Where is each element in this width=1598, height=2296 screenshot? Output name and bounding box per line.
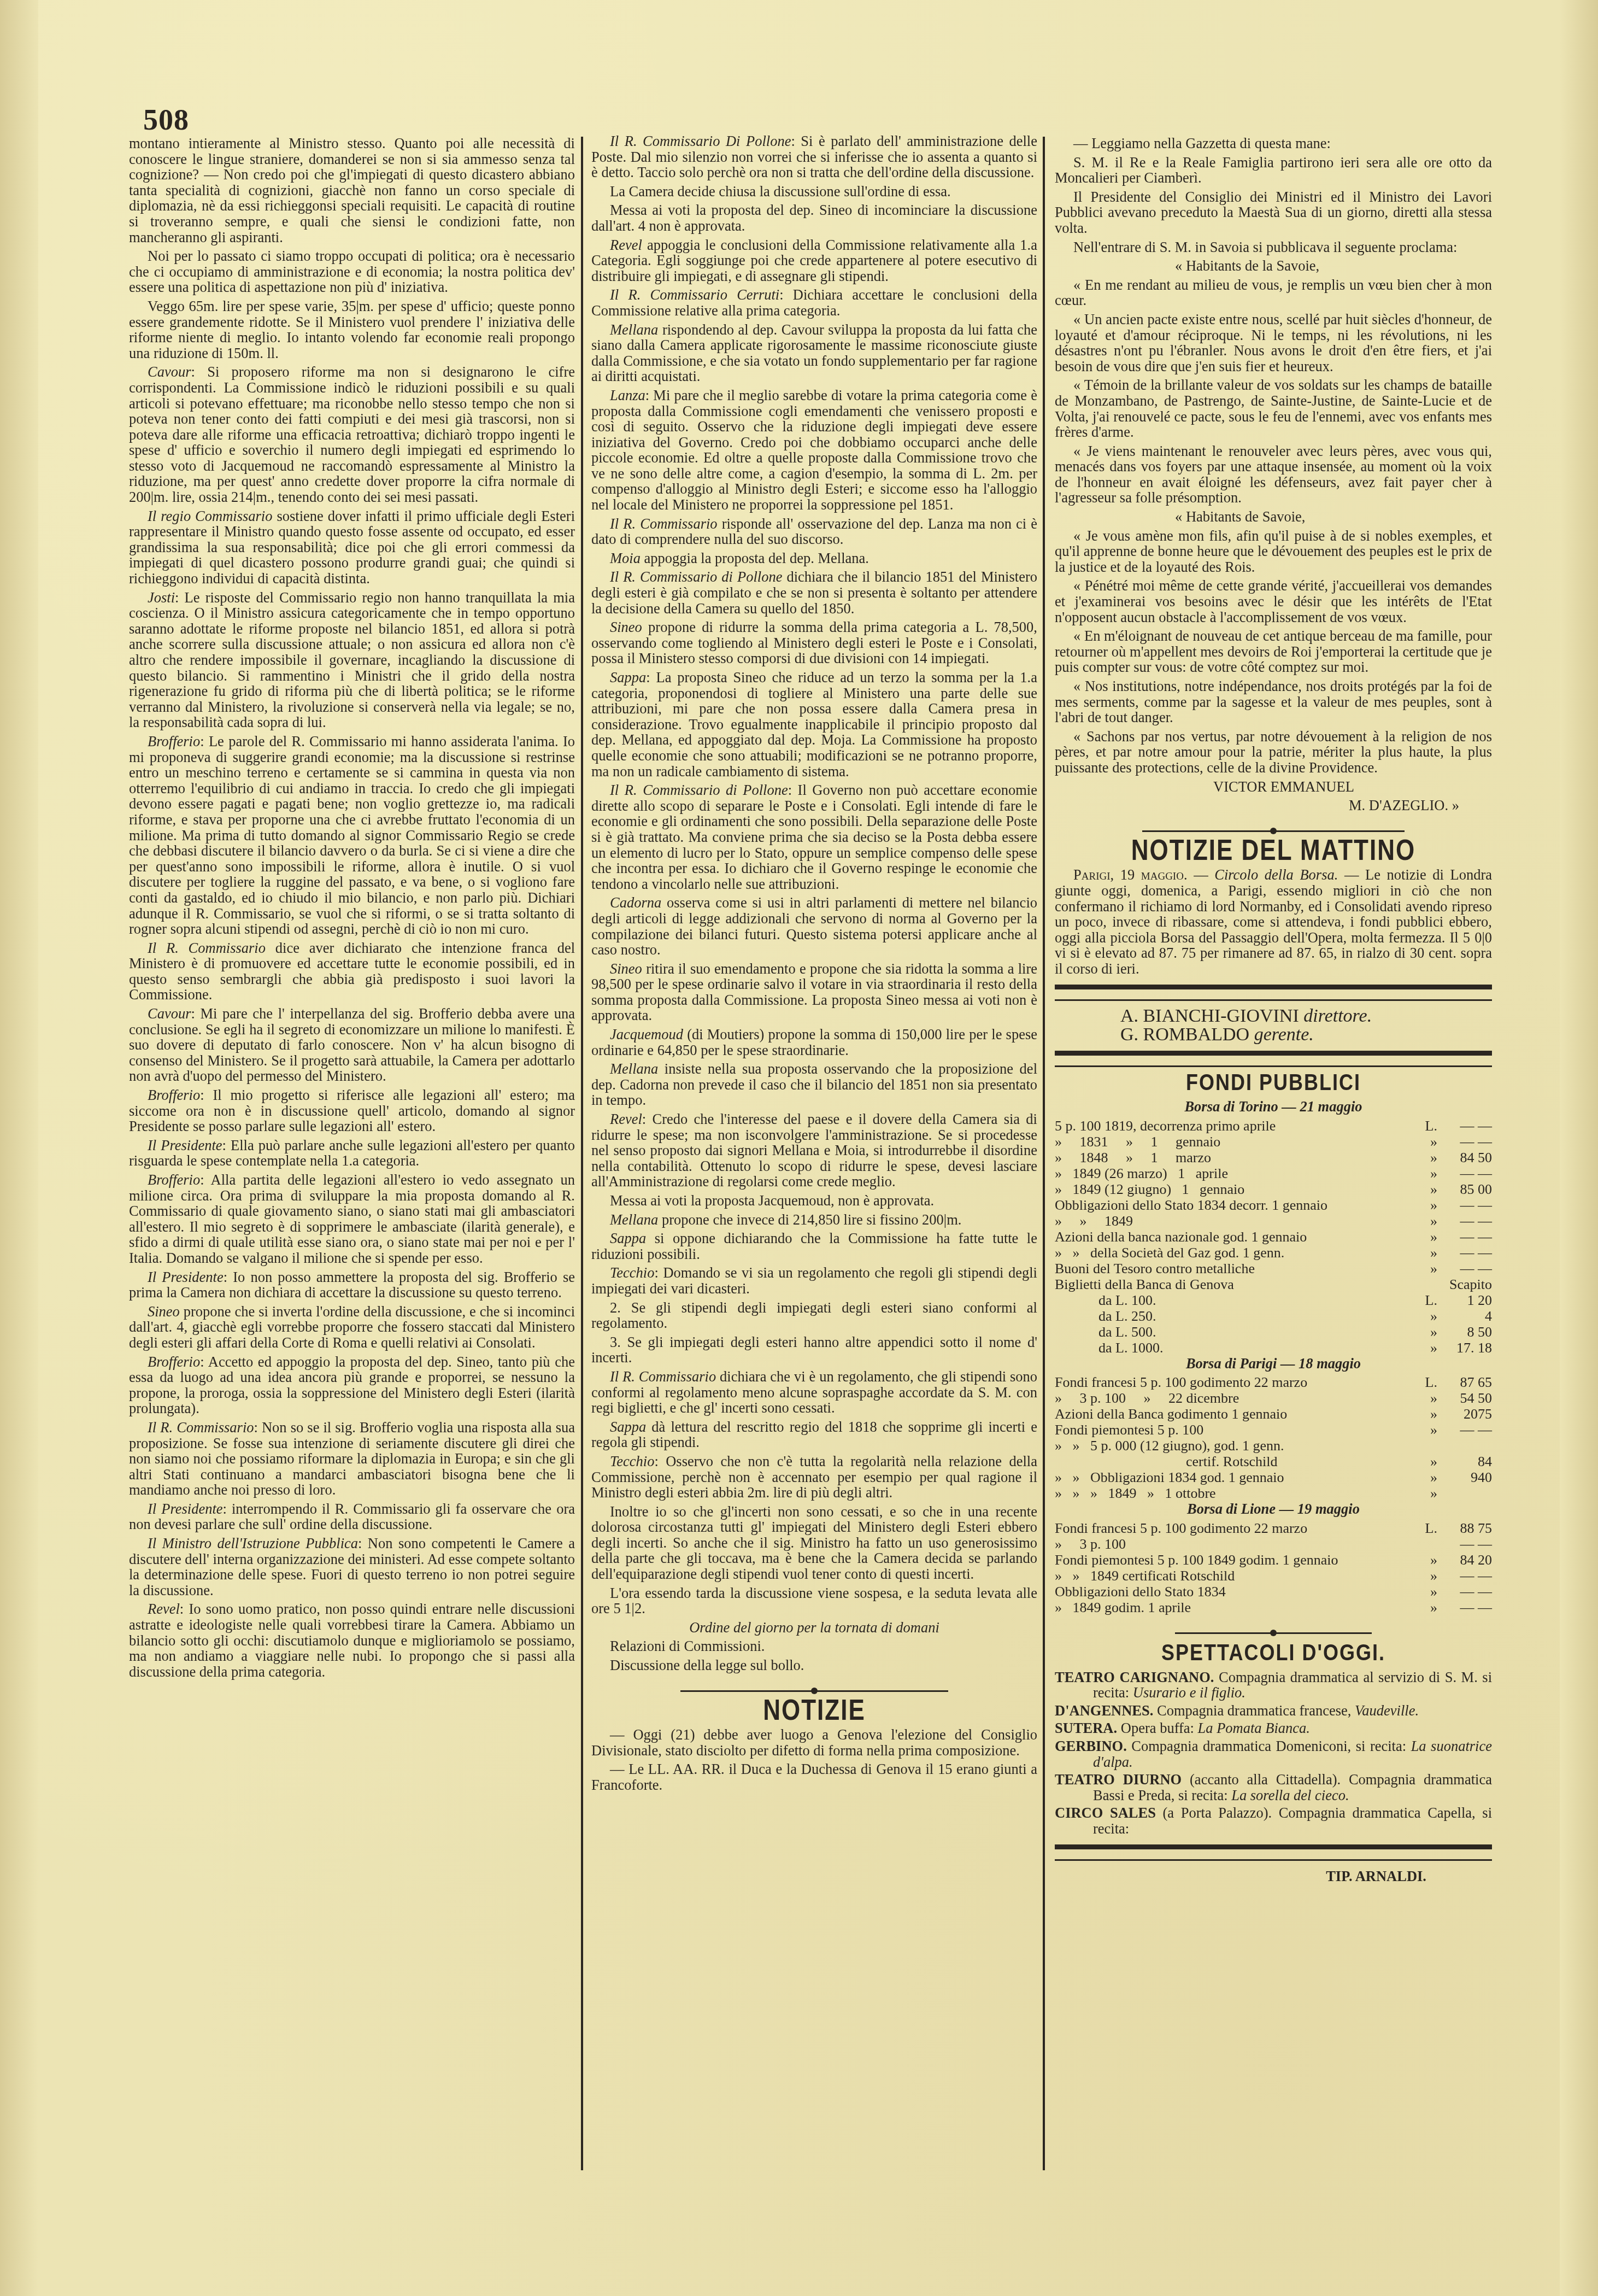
order-of-day-item: Relazioni di Commissioni. — [591, 1638, 1037, 1654]
bourse-currency: » — [1419, 1390, 1437, 1406]
speaker-name: Il Presidente — [148, 1501, 223, 1517]
speaker-name: Il R. Commissario — [148, 1419, 254, 1436]
theatre-work: Usurario e il figlio. — [1133, 1684, 1245, 1701]
paragraph-text: : Si proposero riforme ma non si designa… — [129, 364, 575, 505]
speaker-name: Cadorna — [610, 894, 661, 911]
speaker-name: Lanza — [610, 387, 645, 403]
bourse-label: Fondi francesi 5 p. 100 godimento 22 mar… — [1055, 1520, 1419, 1536]
speaker-name: Cavour — [148, 364, 191, 380]
paragraph-text: : Mi pare che l' interpellanza del sig. … — [129, 1005, 575, 1084]
paragraph-text: : Osservo che non c'è tutta la regolarit… — [591, 1453, 1037, 1501]
bourse-label: Biglietti della Banca di Genova — [1055, 1276, 1419, 1292]
order-of-day-item: Discussione della legge sul bollo. — [591, 1657, 1037, 1673]
theatre-work: La sorella del cieco. — [1231, 1787, 1349, 1803]
notizie-heading: NOTIZIE — [591, 1701, 1037, 1720]
theatre-company: Opera buffa: — [1121, 1720, 1198, 1736]
paper-edge-left — [0, 0, 38, 2296]
bourse-row: Obbligazioni dello Stato 1834»— — — [1055, 1584, 1492, 1600]
debate-paragraph: Il regio Commissario sostiene dover infa… — [129, 508, 575, 587]
borsa-torino-table: 5 p. 100 1819, decorrenza primo aprileL.… — [1055, 1118, 1492, 1356]
bourse-row: da L. 250.»4 — [1055, 1308, 1492, 1324]
bourse-value: — — — [1437, 1118, 1492, 1134]
debate-paragraph: Lanza: Mi pare che il meglio sarebbe di … — [591, 388, 1037, 513]
speaker-name: Il R. Commissario — [148, 940, 266, 956]
bourse-label: 5 p. 100 1819, decorrenza primo aprile — [1055, 1118, 1419, 1134]
speaker-name: Revel — [148, 1601, 180, 1617]
speaker-name: Sineo — [610, 960, 642, 977]
bourse-currency: » — [1419, 1485, 1437, 1501]
debate-paragraph: Mellana insiste nella sua proposta osser… — [591, 1061, 1037, 1108]
mattino-dateline: Parigi, 19 maggio. — [1073, 866, 1188, 883]
bourse-currency: » — [1419, 1454, 1437, 1469]
staff-role: gerente. — [1254, 1024, 1314, 1045]
speaker-name: Brofferio — [148, 1087, 200, 1103]
borsa-lione-table: Fondi francesi 5 p. 100 godimento 22 mar… — [1055, 1520, 1492, 1615]
theatre-company: Compagnia drammatica Domeniconi, si reci… — [1131, 1738, 1411, 1754]
speaker-name: Il Presidente — [148, 1137, 222, 1153]
bourse-row: 5 p. 100 1819, decorrenza primo aprileL.… — [1055, 1118, 1492, 1134]
borsa-lione-heading: Borsa di Lione — 19 maggio — [1055, 1501, 1492, 1517]
bourse-row: » 1831 » 1 gennaio»— — — [1055, 1134, 1492, 1150]
paragraph-text: Messa ai voti la proposta del dep. Sineo… — [591, 202, 1037, 234]
page-number: 508 — [143, 103, 189, 137]
debate-paragraph: Il R. Commissario Di Pollone: Si è parla… — [591, 133, 1037, 180]
bourse-value — [1437, 1485, 1492, 1501]
bourse-label: Fondi francesi 5 p. 100 godimento 22 mar… — [1055, 1374, 1419, 1390]
paragraph-text: : Mi pare che il meglio sarebbe di votar… — [591, 387, 1037, 513]
speaker-name: Josti — [148, 589, 175, 606]
bourse-label: » » 1849 — [1055, 1213, 1419, 1229]
debate-paragraph: Il R. Commissario dichiara che vi è un r… — [591, 1369, 1037, 1416]
bourse-label: » 3 p. 100 — [1055, 1536, 1419, 1552]
proclamation-paragraph: « Je viens maintenant le renouveler avec… — [1055, 443, 1492, 506]
staff-name: G. ROMBALDO — [1120, 1024, 1249, 1045]
staff-credits: A. BIANCHI-GIOVINI direttore.G. ROMBALDO… — [1055, 1009, 1492, 1043]
bourse-row: certif. Rotschild»84 — [1055, 1454, 1492, 1469]
bourse-row: Azioni della banca nazionale god. 1 genn… — [1055, 1229, 1492, 1245]
column-rule-left — [581, 137, 583, 2170]
theatre-name: CIRCO SALES — [1055, 1805, 1156, 1821]
bourse-currency: » — [1419, 1340, 1437, 1356]
bourse-currency: » — [1419, 1150, 1437, 1165]
debate-paragraph: Il Presidente: Io non posso ammettere la… — [129, 1269, 575, 1301]
paragraph-text: Noi per lo passato ci siamo troppo occup… — [129, 248, 575, 295]
proclamation-paragraph: « Je vous amène mon fils, afin qu'il pui… — [1055, 528, 1492, 575]
speaker-name: Il R. Commissario di Pollone — [610, 782, 788, 798]
debate-paragraph: Il R. Commissario di Pollone: Il Governo… — [591, 782, 1037, 892]
bourse-value: 85 00 — [1437, 1181, 1492, 1197]
staff-name: A. BIANCHI-GIOVINI — [1120, 1006, 1299, 1026]
theatre-listing: CIRCO SALES (a Porta Palazzo). Compagnia… — [1055, 1805, 1492, 1836]
bourse-row: » » della Società del Gaz god. 1 genn.»—… — [1055, 1245, 1492, 1261]
bourse-row: » 1849 godim. 1 aprile»— — — [1055, 1600, 1492, 1615]
bourse-value: 88 75 — [1437, 1520, 1492, 1536]
theatre-company: Compagnia drammatica francese, — [1157, 1702, 1355, 1719]
debate-paragraph: L'ora essendo tarda la discussione viene… — [591, 1585, 1037, 1616]
notizie-list: — Oggi (21) debbe aver luogo a Genova l'… — [591, 1727, 1037, 1793]
paragraph-text: : Le parole del R. Commissario mi hanno … — [129, 733, 575, 937]
paragraph-text: : Credo che l'interesse del paese e il d… — [591, 1111, 1037, 1190]
paragraph-text: si oppone dichiarando che la Commissione… — [591, 1230, 1037, 1262]
proclamation-paragraph: « En me rendant au milieu de vous, je re… — [1055, 277, 1492, 308]
paragraph-text: Veggo 65m. lire per spese varie, 35|m. p… — [129, 298, 575, 361]
bourse-value: 54 50 — [1437, 1390, 1492, 1406]
debate-paragraph: Sineo propone di ridurre la somma della … — [591, 619, 1037, 666]
theatre-name: TEATRO CARIGNANO. — [1055, 1669, 1214, 1685]
debate-paragraph: Il Presidente: Ella può parlare anche su… — [129, 1138, 575, 1169]
bourse-row: Fondi piemontesi 5 p. 100 1849 godim. 1 … — [1055, 1552, 1492, 1568]
proclamation-salutation: « Habitants de la Savoie, — [1055, 258, 1492, 274]
bourse-value: 84 20 — [1437, 1552, 1492, 1568]
speaker-name: Brofferio — [148, 1354, 200, 1370]
bourse-row: Fondi piemontesi 5 p. 100»— — — [1055, 1422, 1492, 1438]
speaker-name: Mellana — [610, 1211, 658, 1228]
speaker-name: Sappa — [610, 1230, 646, 1246]
debate-paragraph: Brofferio: Le parole del R. Commissario … — [129, 734, 575, 937]
bourse-row: » » 1849 certificati Rotschild»— — — [1055, 1568, 1492, 1584]
debate-paragraph: Brofferio: Il mio progetto si riferisce … — [129, 1087, 575, 1134]
bourse-label: » » 5 p. 000 (12 giugno), god. 1 genn. — [1055, 1438, 1419, 1454]
paragraph-text: Inoltre io so che gl'incerti non sono ce… — [591, 1503, 1037, 1582]
bourse-row: » 3 p. 100— — — [1055, 1536, 1492, 1552]
double-rule — [1055, 985, 1492, 1001]
news-item: — Oggi (21) debbe aver luogo a Genova l'… — [591, 1727, 1037, 1758]
bourse-currency: » — [1419, 1261, 1437, 1276]
debate-paragraph: Josti: Le risposte del Commissario regio… — [129, 590, 575, 730]
bourse-currency: » — [1419, 1324, 1437, 1340]
proclamation-paragraph: « Sachons par nos vertus, par notre dévo… — [1055, 729, 1492, 776]
paragraph-text: ritira il suo emendamento e propone che … — [591, 960, 1037, 1024]
column-news-and-markets: — Leggiamo nella Gazzetta di questa mane… — [1055, 136, 1492, 1887]
bourse-row: da L. 1000.»17. 18 — [1055, 1340, 1492, 1356]
bourse-label: » » della Società del Gaz god. 1 genn. — [1055, 1245, 1419, 1261]
theatre-name: SUTERA. — [1055, 1720, 1117, 1736]
paragraph-text: : Domando se vi sia un regolamento che r… — [591, 1264, 1037, 1297]
bourse-value: — — — [1437, 1197, 1492, 1213]
bourse-label: Fondi piemontesi 5 p. 100 1849 godim. 1 … — [1055, 1552, 1419, 1568]
bourse-value: — — — [1437, 1600, 1492, 1615]
speaker-name: Moia — [610, 550, 641, 566]
bourse-value: — — — [1437, 1536, 1492, 1552]
speaker-name: Sappa — [610, 669, 646, 686]
paper-edge-right — [1560, 0, 1598, 2296]
speaker-name: Tecchio — [610, 1453, 654, 1469]
debate-paragraph: Il R. Commissario di Pollone dichiara ch… — [591, 569, 1037, 616]
bourse-value: — — — [1437, 1422, 1492, 1438]
speaker-name: Il Ministro dell'Istruzione Pubblica — [148, 1535, 358, 1551]
column-parliament-debate-2: Il R. Commissario Di Pollone: Si è parla… — [591, 133, 1037, 1796]
bourse-currency: » — [1419, 1308, 1437, 1324]
bourse-value: 87 65 — [1437, 1374, 1492, 1390]
intro-paragraph: — Leggiamo nella Gazzetta di questa mane… — [1055, 136, 1492, 151]
debate-paragraph: Revel appoggia le conclusioni della Comm… — [591, 237, 1037, 284]
bourse-value: — — — [1437, 1229, 1492, 1245]
mattino-heading: NOTIZIE DEL MATTINO — [1055, 841, 1492, 860]
bourse-row: » 1848 » 1 marzo»84 50 — [1055, 1150, 1492, 1165]
bourse-value: 2075 — [1437, 1406, 1492, 1422]
debate-paragraph: Cadorna osserva come si usi in altri par… — [591, 895, 1037, 957]
speaker-name: Il R. Commissario di Pollone — [610, 569, 782, 585]
bourse-currency: » — [1419, 1229, 1437, 1245]
bourse-currency: » — [1419, 1245, 1437, 1261]
bourse-currency: » — [1419, 1469, 1437, 1485]
bourse-currency: L. — [1419, 1292, 1437, 1308]
bourse-currency: » — [1419, 1600, 1437, 1615]
speaker-name: Sappa — [610, 1419, 646, 1435]
bourse-label: » » Obbligazioni 1834 god. 1 gennaio — [1055, 1469, 1419, 1485]
bourse-value: 17. 18 — [1437, 1340, 1492, 1356]
paragraph-text: : Le risposte del Commissario regio non … — [129, 589, 575, 731]
bourse-value — [1437, 1438, 1492, 1454]
bourse-label: » » » 1849 » 1 ottobre — [1055, 1485, 1419, 1501]
debate-paragraph: Veggo 65m. lire per spese varie, 35|m. p… — [129, 298, 575, 361]
debate-paragraph: Mellana propone che invece di 214,850 li… — [591, 1212, 1037, 1228]
bourse-value: — — — [1437, 1261, 1492, 1276]
paragraph-text: rispondendo al dep. Cavour sviluppa la p… — [591, 321, 1037, 385]
proclamation-paragraph: « Témoin de la brillante valeur de vos s… — [1055, 377, 1492, 440]
bourse-row: » 1849 (12 giugno) 1 gennaio»85 00 — [1055, 1181, 1492, 1197]
theatre-listing: TEATRO DIURNO (accanto alla Cittadella).… — [1055, 1772, 1492, 1803]
bourse-label: Obbligazioni dello Stato 1834 decorr. 1 … — [1055, 1197, 1419, 1213]
intro-paragraph: S. M. il Re e la Reale Famiglia partiron… — [1055, 155, 1492, 186]
theatre-listing: GERBINO. Compagnia drammatica Domeniconi… — [1055, 1738, 1492, 1770]
spettacoli-list: TEATRO CARIGNANO. Compagnia drammatica a… — [1055, 1670, 1492, 1837]
borsa-parigi-table: Fondi francesi 5 p. 100 godimento 22 mar… — [1055, 1374, 1492, 1501]
bourse-currency: » — [1419, 1181, 1437, 1197]
debate-paragraph: Moia appoggia la proposta del dep. Mella… — [591, 550, 1037, 566]
bourse-label: da L. 100. — [1055, 1292, 1419, 1308]
bourse-value: 84 — [1437, 1454, 1492, 1469]
bourse-currency: » — [1419, 1406, 1437, 1422]
bourse-label: Obbligazioni dello Stato 1834 — [1055, 1584, 1419, 1600]
theatre-work: La Pomata Bianca. — [1198, 1720, 1310, 1736]
bourse-value: 940 — [1437, 1469, 1492, 1485]
proclamation-paragraph: « En m'éloignant de nouveau de cet antiq… — [1055, 628, 1492, 675]
debate-paragraph: Sappa si oppone dichiarando che la Commi… — [591, 1231, 1037, 1262]
theatre-name: TEATRO DIURNO — [1055, 1771, 1182, 1788]
speaker-name: Il R. Commissario Di Pollone — [610, 133, 791, 149]
bourse-value: 84 50 — [1437, 1150, 1492, 1165]
speaker-name: Jacquemoud — [610, 1026, 683, 1042]
bourse-label: certif. Rotschild — [1055, 1454, 1419, 1469]
bourse-row: » » 1849»— — — [1055, 1213, 1492, 1229]
bourse-row: » 3 p. 100 » 22 dicembre»54 50 — [1055, 1390, 1492, 1406]
paragraph-text: 3. Se gli impiegati degli esteri hanno a… — [591, 1334, 1037, 1366]
debate-paragraph: Mellana rispondendo al dep. Cavour svilu… — [591, 322, 1037, 384]
paragraph-text: montano intieramente al Ministro stesso.… — [129, 135, 575, 245]
bourse-currency: » — [1419, 1213, 1437, 1229]
speaker-name: Revel — [610, 1111, 642, 1127]
bourse-currency — [1419, 1438, 1437, 1454]
paragraph-text: propone di ridurre la somma della prima … — [591, 619, 1037, 666]
theatre-listing: TEATRO CARIGNANO. Compagnia drammatica a… — [1055, 1670, 1492, 1701]
order-of-day-list: Relazioni di Commissioni.Discussione del… — [591, 1638, 1037, 1673]
bourse-label: da L. 1000. — [1055, 1340, 1419, 1356]
signature-king: VICTOR EMMANUEL — [1055, 779, 1492, 795]
bourse-value: — — — [1437, 1584, 1492, 1600]
debate-paragraph: Sineo propone che si inverta l'ordine de… — [129, 1304, 575, 1351]
intro-paragraph: Nell'entrare di S. M. in Savoia si pubbl… — [1055, 239, 1492, 255]
paragraph-text: : La proposta Sineo che riduce ad un ter… — [591, 669, 1037, 780]
debate-paragraph: Cavour: Si proposero riforme ma non si d… — [129, 364, 575, 505]
mattino-text: — Le notizie di Londra giunte oggi, dome… — [1055, 866, 1492, 977]
paragraph-text: appoggia le conclusioni della Commission… — [591, 237, 1037, 284]
debate-paragraph: Noi per lo passato ci siamo troppo occup… — [129, 248, 575, 295]
theatre-listing: D'ANGENNES. Compagnia drammatica frances… — [1055, 1703, 1492, 1719]
paragraph-text: L'ora essendo tarda la discussione viene… — [591, 1585, 1037, 1617]
debate-paragraph: Il R. Commissario: Non so se il sig. Bro… — [129, 1420, 575, 1498]
spettacoli-heading: SPETTACOLI D'OGGI. — [1055, 1643, 1492, 1662]
bourse-value: — — — [1437, 1245, 1492, 1261]
proclamation-body-2: « Je vous amène mon fils, afin qu'il pui… — [1055, 528, 1492, 776]
bourse-row: Obbligazioni dello Stato 1834 decorr. 1 … — [1055, 1197, 1492, 1213]
intro-paragraph: Il Presidente del Consiglio dei Ministri… — [1055, 189, 1492, 236]
paragraph-text: propone che invece di 214,850 lire si fi… — [658, 1211, 961, 1228]
speaker-name: Tecchio — [610, 1264, 654, 1281]
bourse-currency: L. — [1419, 1118, 1437, 1134]
speaker-name: Il R. Commissario — [610, 1368, 716, 1385]
debate-paragraphs: Il R. Commissario Di Pollone: Si è parla… — [591, 133, 1037, 1616]
theatre-name: GERBINO. — [1055, 1738, 1127, 1754]
debate-paragraph: Il R. Commissario dice aver dichiarato c… — [129, 940, 575, 1003]
debate-paragraph: Revel: Io sono uomo pratico, non posso q… — [129, 1601, 575, 1679]
borsa-torino-heading: Borsa di Torino — 21 maggio — [1055, 1099, 1492, 1115]
paragraph-text: : Il Governo non può accettare economie … — [591, 782, 1037, 892]
speaker-name: Il R. Commissario — [610, 516, 718, 532]
speaker-name: Sineo — [148, 1303, 180, 1320]
gazzetta-intro: — Leggiamo nella Gazzetta di questa mane… — [1055, 136, 1492, 255]
bourse-label: » » 1849 certificati Rotschild — [1055, 1568, 1419, 1584]
bourse-currency: » — [1419, 1584, 1437, 1600]
bourse-label: » 1831 » 1 gennaio — [1055, 1134, 1419, 1150]
column-parliament-debate-1: montano intieramente al Ministro stesso.… — [129, 136, 575, 1683]
bourse-currency: » — [1419, 1134, 1437, 1150]
debate-paragraph: Cavour: Mi pare che l' interpellanza del… — [129, 1006, 575, 1084]
double-rule — [1055, 1844, 1492, 1861]
paragraph-text: : Io sono uomo pratico, non posso quindi… — [129, 1601, 575, 1679]
paragraph-text: insiste nella sua proposta osservando ch… — [591, 1061, 1037, 1108]
bourse-value: 4 — [1437, 1308, 1492, 1324]
bourse-value: — — — [1437, 1213, 1492, 1229]
ornament-divider — [1175, 1629, 1372, 1637]
bourse-value: — — — [1437, 1134, 1492, 1150]
bourse-label: Fondi piemontesi 5 p. 100 — [1055, 1422, 1419, 1438]
debate-paragraph: 3. Se gli impiegati degli esteri hanno a… — [591, 1334, 1037, 1366]
bourse-currency: L. — [1419, 1374, 1437, 1390]
debate-paragraph: Messa ai voti la proposta Jacquemoud, no… — [591, 1193, 1037, 1209]
proclamation-paragraph: « Nos institutions, notre indépendance, … — [1055, 678, 1492, 725]
signature-minister: M. D'AZEGLIO. » — [1055, 798, 1492, 813]
bourse-label: » 1849 (26 marzo) 1 aprile — [1055, 1165, 1419, 1181]
news-item: — Le LL. AA. RR. il Duca e la Duchessa d… — [591, 1761, 1037, 1793]
paragraph-text: appoggia la proposta del dep. Mellana. — [641, 550, 869, 566]
bourse-label: » 1848 » 1 marzo — [1055, 1150, 1419, 1165]
bourse-row: » » Obbligazioni 1834 god. 1 gennaio»940 — [1055, 1469, 1492, 1485]
bourse-row: da L. 500.»8 50 — [1055, 1324, 1492, 1340]
debate-paragraph: Revel: Credo che l'interesse del paese e… — [591, 1111, 1037, 1190]
debate-paragraph: Tecchio: Osservo che non c'è tutta la re… — [591, 1454, 1037, 1501]
speaker-name: Revel — [610, 237, 642, 253]
speaker-name: Mellana — [610, 1061, 658, 1077]
fondi-heading: FONDI PUBBLICI — [1055, 1073, 1492, 1092]
theatre-work: Vaudeville. — [1355, 1702, 1419, 1719]
debate-paragraph: La Camera decide chiusa la discussione s… — [591, 184, 1037, 200]
speaker-name: Brofferio — [148, 733, 200, 749]
printer-imprint: TIP. ARNALDI. — [1055, 1869, 1492, 1884]
bourse-currency: » — [1419, 1552, 1437, 1568]
bourse-label: da L. 250. — [1055, 1308, 1419, 1324]
debate-paragraph: Sappa dà lettura del rescritto regio del… — [591, 1419, 1037, 1450]
bourse-value: 8 50 — [1437, 1324, 1492, 1340]
bourse-row: Fondi francesi 5 p. 100 godimento 22 mar… — [1055, 1374, 1492, 1390]
bourse-currency: » — [1419, 1422, 1437, 1438]
bourse-row: » 1849 (26 marzo) 1 aprile»— — — [1055, 1165, 1492, 1181]
paragraph-text: Messa ai voti la proposta Jacquemoud, no… — [610, 1192, 934, 1209]
borsa-parigi-heading: Borsa di Parigi — 18 maggio — [1055, 1356, 1492, 1372]
bourse-label: Azioni della banca nazionale god. 1 genn… — [1055, 1229, 1419, 1245]
theatre-name: D'ANGENNES. — [1055, 1702, 1153, 1719]
bourse-row: » » 5 p. 000 (12 giugno), god. 1 genn. — [1055, 1438, 1492, 1454]
debate-paragraph: 2. Se gli stipendi degli impiegati degli… — [591, 1300, 1037, 1331]
theatre-listing: SUTERA. Opera buffa: La Pomata Bianca. — [1055, 1720, 1492, 1736]
debate-paragraph: Jacquemoud (di Moutiers) propone la somm… — [591, 1027, 1037, 1058]
bourse-label: Buoni del Tesoro contro metalliche — [1055, 1261, 1419, 1276]
debate-paragraph: Il R. Commissario risponde all' osservaz… — [591, 516, 1037, 547]
bourse-label: » 3 p. 100 » 22 dicembre — [1055, 1390, 1419, 1406]
bourse-row: Azioni della Banca godimento 1 gennaio»2… — [1055, 1406, 1492, 1422]
paragraph-text: La Camera decide chiusa la discussione s… — [610, 183, 951, 200]
bourse-currency: » — [1419, 1165, 1437, 1181]
double-rule — [1055, 1051, 1492, 1067]
debate-paragraph: Sineo ritira il suo emendamento e propon… — [591, 961, 1037, 1023]
bourse-value: Scapito — [1437, 1276, 1492, 1292]
bourse-currency — [1419, 1536, 1437, 1552]
bourse-value: — — — [1437, 1568, 1492, 1584]
bourse-currency: » — [1419, 1568, 1437, 1584]
proclamation-salutation-2: « Habitants de Savoie, — [1055, 509, 1492, 525]
staff-line: A. BIANCHI-GIOVINI direttore. — [1055, 1009, 1492, 1024]
bourse-currency: L. — [1419, 1520, 1437, 1536]
bourse-row: da L. 100.L.1 20 — [1055, 1292, 1492, 1308]
speaker-name: Il Presidente — [148, 1269, 224, 1285]
debate-paragraph: Il Ministro dell'Istruzione Pubblica: No… — [129, 1536, 575, 1598]
proclamation-body-1: « En me rendant au milieu de vous, je re… — [1055, 277, 1492, 506]
bourse-label: » 1849 (12 giugno) 1 gennaio — [1055, 1181, 1419, 1197]
bourse-value: 1 20 — [1437, 1292, 1492, 1308]
bourse-row: Fondi francesi 5 p. 100 godimento 22 mar… — [1055, 1520, 1492, 1536]
debate-paragraph: Brofferio: Accetto ed appoggio la propos… — [129, 1354, 575, 1416]
speaker-name: Sineo — [610, 619, 642, 635]
proclamation-paragraph: « Pénétré moi même de cette grande vérit… — [1055, 578, 1492, 625]
bourse-value: — — — [1437, 1165, 1492, 1181]
debate-paragraph: Tecchio: Domando se vi sia un regolament… — [591, 1265, 1037, 1296]
bourse-currency: » — [1419, 1197, 1437, 1213]
speaker-name: Il R. Commissario Cerruti — [610, 286, 779, 303]
proclamation-paragraph: « Un ancien pacte existe entre nous, sce… — [1055, 312, 1492, 374]
debate-paragraph: Sappa: La proposta Sineo che riduce ad u… — [591, 670, 1037, 779]
order-of-day-title: Ordine del giorno per la tornata di doma… — [591, 1620, 1037, 1636]
paragraph-text: 2. Se gli stipendi degli impiegati degli… — [591, 1299, 1037, 1332]
debate-paragraph: Il Presidente: interrompendo il R. Commi… — [129, 1501, 575, 1532]
debate-paragraph: Il R. Commissario Cerruti: Dichiara acce… — [591, 287, 1037, 318]
paragraph-text: dà lettura del rescritto regio del 1818 … — [591, 1419, 1037, 1451]
debate-paragraph: Messa ai voti la proposta del dep. Sineo… — [591, 202, 1037, 233]
mattino-paragraph: Parigi, 19 maggio. — Circolo della Borsa… — [1055, 867, 1492, 976]
bourse-label: » 1849 godim. 1 aprile — [1055, 1600, 1419, 1615]
bourse-row: Buoni del Tesoro contro metalliche»— — — [1055, 1261, 1492, 1276]
paragraph-text: propone che si inverta l'ordine della di… — [129, 1303, 575, 1351]
staff-role: direttore. — [1303, 1006, 1372, 1026]
